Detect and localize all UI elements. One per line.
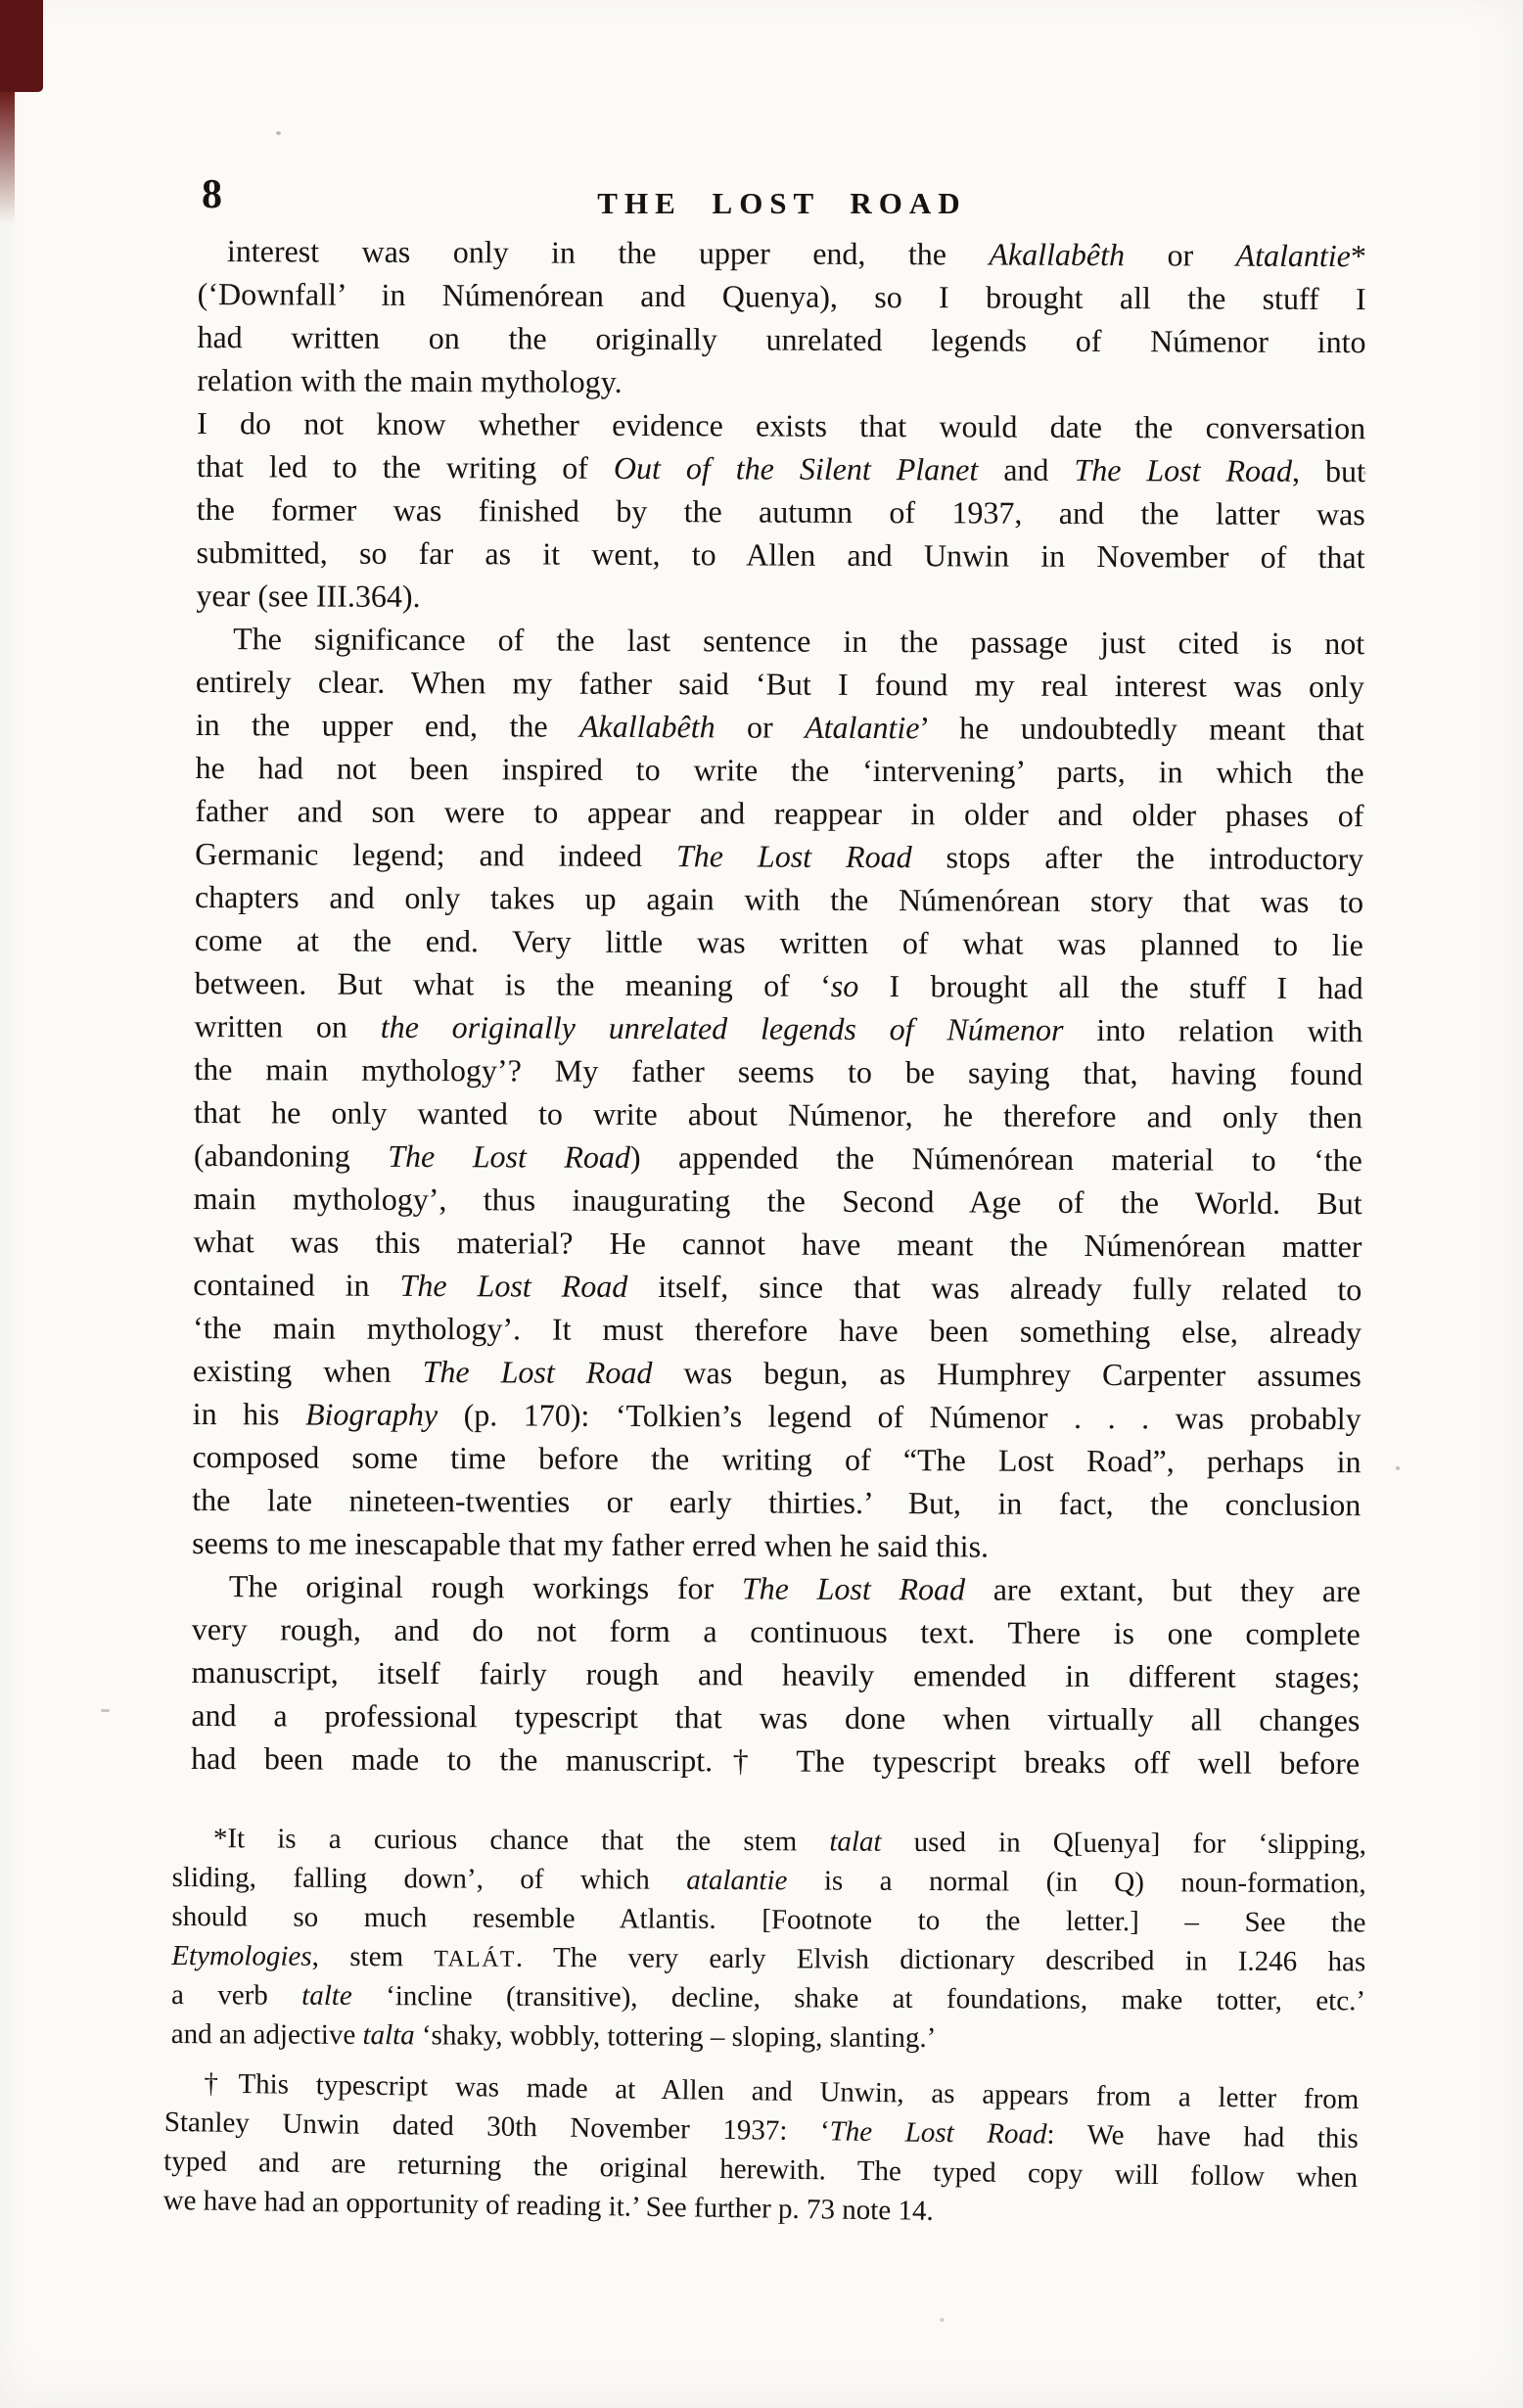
text-line: and an adjective talta ‘shaky, wobbly, t… <box>171 2014 1365 2060</box>
text-line: the former was finished by the autumn of… <box>197 487 1365 535</box>
text-line: ‘the main mythology’. It must therefore … <box>193 1306 1361 1354</box>
scan-speck <box>1396 1466 1400 1470</box>
book-spine-edge <box>0 0 43 92</box>
text-line: father and son were to appear and reappe… <box>195 789 1363 837</box>
text-line: manuscript, itself fairly rough and heav… <box>191 1650 1360 1698</box>
text-line: come at the end. Very little was written… <box>195 918 1363 966</box>
text-line: composed some time before the writing of… <box>192 1435 1361 1483</box>
paragraph: interest was only in the upper end, the … <box>197 229 1366 406</box>
text-line: in his Biography (p. 170): ‘Tolkien’s le… <box>193 1392 1361 1440</box>
text-line: and a professional typescript that was d… <box>191 1693 1360 1741</box>
scan-speck <box>940 2318 945 2322</box>
text-line: The significance of the last sentence in… <box>196 617 1364 665</box>
paragraph: I do not know whether evidence exists th… <box>196 401 1365 622</box>
footnotes: *It is a curious chance that the stem ta… <box>170 1819 1366 2226</box>
text-line: in the upper end, the Akallabêth or Atal… <box>196 703 1364 751</box>
text-line: year (see III.364). <box>196 574 1364 622</box>
text-line: contained in The Lost Road itself, since… <box>193 1263 1361 1311</box>
text-line: had been made to the manuscript.† The ty… <box>191 1737 1360 1784</box>
text-line: that he only wanted to write about Númen… <box>194 1090 1362 1138</box>
running-title: THE LOST ROAD <box>198 188 1366 218</box>
text-line: had written on the originally unrelated … <box>197 315 1365 363</box>
book-page-scan: 8 THE LOST ROAD interest was only in the… <box>0 0 1523 2408</box>
text-line: entirely clear. When my father said ‘But… <box>196 660 1364 708</box>
paragraph: The original rough workings for The Lost… <box>191 1564 1361 1784</box>
text-line: Germanic legend; and indeed The Lost Roa… <box>195 832 1363 880</box>
text-line: that led to the writing of Out of the Si… <box>197 444 1365 492</box>
text-line: a verb talte ‘incline (transitive), decl… <box>171 1975 1365 2020</box>
text-line: *It is a curious chance that the stem ta… <box>172 1819 1366 1864</box>
text-line: The original rough workings for The Lost… <box>192 1564 1361 1612</box>
text-line: chapters and only takes up again with th… <box>195 875 1363 923</box>
text-line: written on the originally unrelated lege… <box>194 1004 1362 1052</box>
text-line: very rough, and do not form a continuous… <box>192 1607 1361 1655</box>
text-line: Etymologies, stem TALÁT. The very early … <box>171 1936 1365 1981</box>
text-line: the main mythology’? My father seems to … <box>194 1047 1362 1095</box>
book-spine-edge-fade <box>0 92 15 224</box>
body-text: interest was only in the upper end, the … <box>191 229 1366 1784</box>
text-line: what was this material? He cannot have m… <box>193 1220 1361 1268</box>
text-line: between. But what is the meaning of ‘so … <box>195 961 1363 1009</box>
text-line: submitted, so far as it went, to Allen a… <box>196 531 1364 579</box>
text-line: he had not been inspired to write the ‘i… <box>196 746 1364 794</box>
paragraph: The significance of the last sentence in… <box>192 617 1364 1569</box>
text-line: sliding, falling down’, of which atalant… <box>172 1858 1366 1903</box>
scan-speck <box>101 1709 110 1712</box>
scan-speck <box>276 131 281 135</box>
text-line: the late nineteen-twenties or early thir… <box>192 1478 1361 1526</box>
text-line: main mythology’, thus inaugurating the S… <box>194 1177 1362 1225</box>
text-line: relation with the main mythology. <box>197 358 1365 406</box>
text-line: I do not know whether evidence exists th… <box>197 401 1365 449</box>
text-line: seems to me inescapable that my father e… <box>192 1521 1361 1569</box>
text-line: should so much resemble Atlantis. [Footn… <box>171 1897 1365 1942</box>
text-line: (abandoning The Lost Road) appended the … <box>194 1134 1362 1181</box>
paragraph: *It is a curious chance that the stem ta… <box>171 1819 1366 2060</box>
text-line: (‘Downfall’ in Númenórean and Quenya), s… <box>198 272 1366 320</box>
text-line: interest was only in the upper end, the … <box>198 229 1366 277</box>
text-line: existing when The Lost Road was begun, a… <box>193 1349 1361 1397</box>
paragraph: †This typescript was made at Allen and U… <box>162 2063 1359 2237</box>
